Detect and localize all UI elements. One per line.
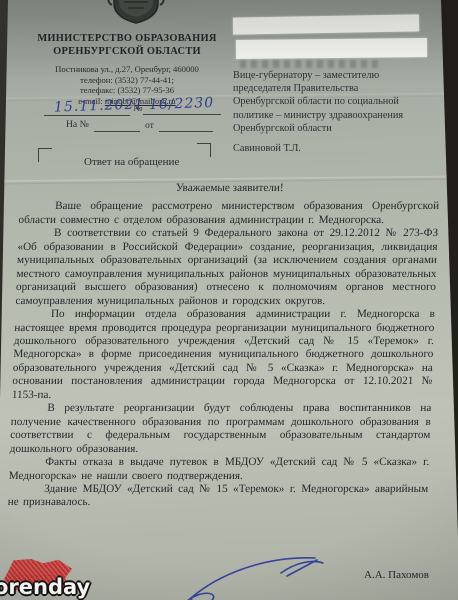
signer-name: А.А. Пахомов (364, 569, 429, 581)
org-name-line2: ОРЕНБУРГСКОЙ ОБЛАСТИ (20, 45, 234, 58)
corner-mark-right (197, 143, 211, 157)
reply-number-underline (94, 131, 140, 132)
signature-scribble (183, 546, 343, 600)
redaction-box-bottom (236, 38, 427, 59)
redaction-box-top (233, 14, 419, 34)
handwritten-number: 16/2230 (149, 95, 215, 113)
illegible-text-remnant (240, 60, 378, 68)
addressee-line: политике – министру здравоохранения (233, 109, 438, 122)
addressee-block: Вице-губернатору – заместителю председат… (233, 69, 438, 155)
subject-line: Ответ на обращение (84, 156, 179, 168)
corner-mark-left (38, 148, 52, 162)
photo-scene: МИНИСТЕРСТВО ОБРАЗОВАНИЯ ОРЕНБУРГСКОЙ ОБ… (0, 0, 458, 600)
org-address: Постникова ул., д.27, Оренбург, 460000 (20, 64, 234, 75)
addressee-line: Вице-губернатору – заместителю (233, 69, 438, 82)
body-paragraph: В соответствии со статьей 9 Федерального… (15, 227, 438, 308)
reply-date-underline (159, 131, 213, 132)
document-paper: МИНИСТЕРСТВО ОБРАЗОВАНИЯ ОРЕНБУРГСКОЙ ОБ… (0, 0, 458, 600)
addressee-line: Оренбургской области (233, 122, 438, 135)
watermark-text: orenday (0, 575, 90, 599)
reply-to-label: На № (66, 119, 89, 130)
number-sign: № (133, 103, 143, 114)
org-name-line1: МИНИСТЕРСТВО ОБРАЗОВАНИЯ (20, 32, 234, 45)
org-fax: телефакс: (3532) 77-95-36 (20, 85, 234, 96)
body-paragraph: В результате реорганизации будут соблюде… (9, 402, 431, 456)
body-paragraph: По информации отдела образования админис… (12, 308, 436, 402)
body-paragraph: Здание МБДОУ «Детский сад № 15 «Теремок»… (7, 483, 428, 510)
reply-from-label: от (145, 120, 154, 131)
body-paragraph: Факты отказа в выдаче путевок в МБДОУ «Д… (8, 456, 429, 483)
letter-body: Уважаемые заявители! Ваше обращение расс… (7, 182, 440, 510)
addressee-line: председателя Правительства (233, 82, 438, 95)
handwritten-date: 15.11.2021 (54, 96, 145, 115)
addressee-line: Оренбургской области по социальной (233, 95, 438, 108)
coat-of-arms-icon (106, 0, 166, 28)
number-underline (143, 114, 221, 115)
salutation: Уважаемые заявители! (19, 182, 440, 195)
org-phone: телефон: (3532) 77-44-41; (20, 75, 234, 86)
addressee-name: Савиновой Т.Л. (233, 142, 438, 155)
date-underline (44, 115, 130, 116)
body-paragraph: Ваше обращение рассмотрено министерством… (18, 200, 439, 227)
